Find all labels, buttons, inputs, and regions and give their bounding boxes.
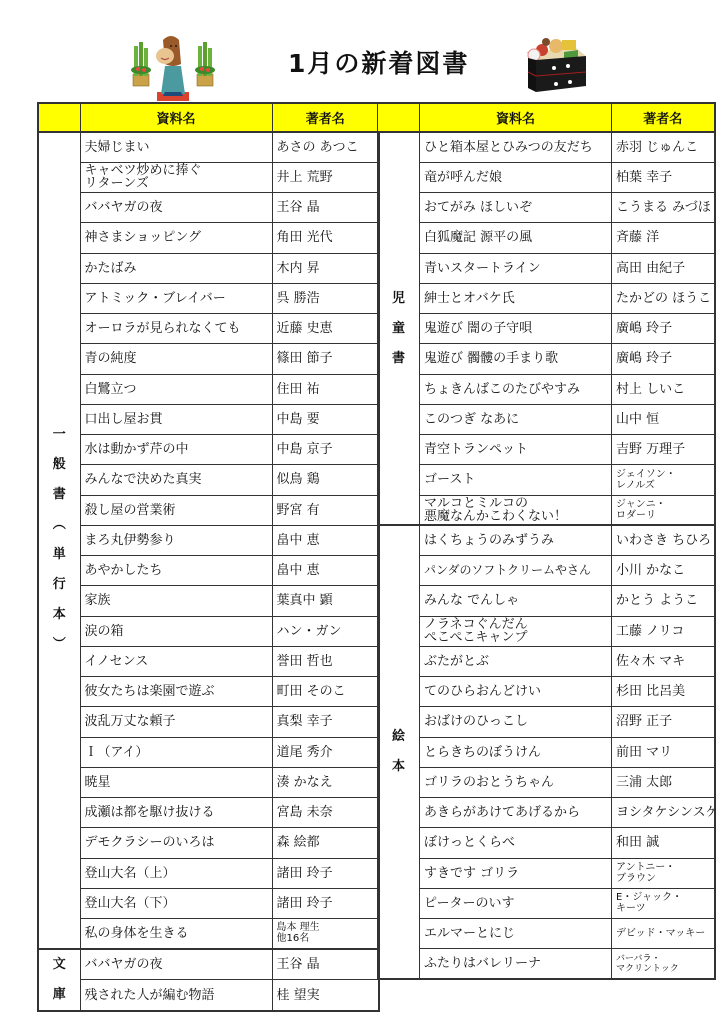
table-row: ぼけっとくらべ和田 誠	[378, 828, 715, 858]
table-row: 青空トランペット吉野 万理子	[378, 435, 715, 465]
table-row: 白狐魔記 源平の風斉藤 洋	[378, 223, 715, 253]
book-author: 杉田 比呂美	[612, 677, 715, 707]
book-title: ババヤガの夜	[80, 949, 272, 980]
table-row: 一般書︵単行本︶夫婦じまいあさの あつこ	[38, 132, 379, 162]
book-author: 村上 しいこ	[612, 374, 715, 404]
table-row: 白鷺立つ住田 祐	[38, 374, 379, 404]
table-row: ピーターのいすE・ジャック・キーツ	[378, 888, 715, 918]
table-row: 口出し屋お貫中島 要	[38, 404, 379, 434]
table-row: 波乱万丈な頼子真梨 幸子	[38, 707, 379, 737]
book-author: 佐々木 マキ	[612, 646, 715, 676]
book-author: 畠中 恵	[272, 556, 379, 586]
table-row: 鬼遊び 闇の子守唄廣嶋 玲子	[378, 314, 715, 344]
osechi-box-illustration	[520, 30, 592, 96]
table-row: すきです ゴリラアントニー・ブラウン	[378, 858, 715, 888]
table-row: 彼女たちは楽園で遊ぶ町田 そのこ	[38, 677, 379, 707]
book-author: 住田 祐	[272, 374, 379, 404]
left-book-table: 資料名 著者名 一般書︵単行本︶夫婦じまいあさの あつこキャベツ炒めに捧ぐリター…	[37, 102, 380, 1012]
book-author: 柏葉 幸子	[612, 162, 715, 192]
book-title: ピーターのいす	[420, 888, 612, 918]
book-author: バーバラ・マクリントック	[612, 949, 715, 979]
book-title: 白鷺立つ	[80, 374, 272, 404]
book-title: 口出し屋お貫	[80, 404, 272, 434]
book-title: ひと箱本屋とひみつの友だち	[420, 132, 612, 162]
table-row: ノラネコぐんだんぺこぺこキャンプ工藤 ノリコ	[378, 616, 715, 646]
book-author: 真梨 幸子	[272, 707, 379, 737]
book-title: ババヤガの夜	[80, 193, 272, 223]
book-author: 桂 望実	[272, 980, 379, 1011]
book-author: こうまる みづほ	[612, 193, 715, 223]
book-author: ジャンニ・ロダーリ	[612, 495, 715, 525]
book-author: 町田 そのこ	[272, 677, 379, 707]
table-row: アトミック・ブレイバー呉 勝浩	[38, 283, 379, 313]
table-row: 水は動かず芹の中中島 京子	[38, 435, 379, 465]
book-title: ぶたがとぶ	[420, 646, 612, 676]
book-title: エルマーとにじ	[420, 919, 612, 949]
book-title: すきです ゴリラ	[420, 858, 612, 888]
book-author: 吉野 万理子	[612, 435, 715, 465]
book-title: 成瀬は都を駆け抜ける	[80, 798, 272, 828]
book-author: 和田 誠	[612, 828, 715, 858]
book-author: 近藤 史恵	[272, 314, 379, 344]
table-row: オーロラが見られなくても近藤 史恵	[38, 314, 379, 344]
book-title: 白狐魔記 源平の風	[420, 223, 612, 253]
book-author: E・ジャック・キーツ	[612, 888, 715, 918]
book-author: 井上 荒野	[272, 162, 379, 192]
table-row: あきらがあけてあげるからヨシタケシンスケ	[378, 798, 715, 828]
category-label-text: 文庫	[51, 950, 67, 1010]
book-title: みんな でんしゃ	[420, 586, 612, 616]
book-title: 紳士とオバケ氏	[420, 283, 612, 313]
book-author: 山中 恒	[612, 404, 715, 434]
table-row: 竜が呼んだ娘柏葉 幸子	[378, 162, 715, 192]
book-title: てのひらおんどけい	[420, 677, 612, 707]
table-row: 家族葉真中 顕	[38, 586, 379, 616]
book-author: 森 絵都	[272, 828, 379, 858]
table-row: 紳士とオバケ氏たかどの ほうこ	[378, 283, 715, 313]
book-author: 似鳥 鶏	[272, 465, 379, 495]
book-author: 誉田 哲也	[272, 646, 379, 676]
book-author: いわさき ちひろ	[612, 525, 715, 555]
book-title: おばけのひっこし	[420, 707, 612, 737]
book-title: このつぎ なあに	[420, 404, 612, 434]
category-header	[378, 103, 420, 132]
book-title: マルコとミルコの悪魔なんかこわくない！	[420, 495, 612, 525]
category-label-text: 一般書︵単行本︶	[51, 420, 67, 660]
author-header: 著者名	[272, 103, 379, 132]
book-title: 殺し屋の営業術	[80, 495, 272, 525]
horse-kadomatsu-illustration	[127, 30, 219, 102]
author-header: 著者名	[612, 103, 715, 132]
book-author: 前田 マリ	[612, 737, 715, 767]
table-row: ゴーストジェイソン・レノルズ	[378, 465, 715, 495]
book-title: 登山大名（上）	[80, 858, 272, 888]
book-title: ちょきんばこのたびやすみ	[420, 374, 612, 404]
book-author: 高田 由紀子	[612, 253, 715, 283]
book-author: 島本 理生他16名	[272, 919, 379, 949]
book-author: 野宮 有	[272, 495, 379, 525]
table-row: 文庫ババヤガの夜王谷 晶	[38, 949, 379, 980]
book-title: まろ丸伊勢参り	[80, 525, 272, 555]
table-row: マルコとミルコの悪魔なんかこわくない！ジャンニ・ロダーリ	[378, 495, 715, 525]
book-title: 神さまショッピング	[80, 223, 272, 253]
table-row: 登山大名（下）諸田 玲子	[38, 888, 379, 918]
table-row: 残された人が編む物語桂 望実	[38, 980, 379, 1011]
book-title: 彼女たちは楽園で遊ぶ	[80, 677, 272, 707]
book-title: みんなで決めた真実	[80, 465, 272, 495]
category-label: 児童書	[378, 132, 420, 525]
kadomatsu-right-icon	[195, 42, 215, 86]
book-author: 廣嶋 玲子	[612, 314, 715, 344]
table-header-row: 資料名 著者名	[38, 103, 379, 132]
book-title: 竜が呼んだ娘	[420, 162, 612, 192]
table-header-row: 資料名 著者名	[378, 103, 715, 132]
kadomatsu-left-icon	[131, 42, 151, 86]
page-title: 1月の新着図書	[288, 44, 469, 80]
book-title: とらきちのぼうけん	[420, 737, 612, 767]
book-author: 王谷 晶	[272, 949, 379, 980]
table-row: とらきちのぼうけん前田 マリ	[378, 737, 715, 767]
book-author: ヨシタケシンスケ	[612, 798, 715, 828]
book-title: デモクラシーのいろは	[80, 828, 272, 858]
table-row: 殺し屋の営業術野宮 有	[38, 495, 379, 525]
book-title: ぼけっとくらべ	[420, 828, 612, 858]
book-title: おてがみ ほしいぞ	[420, 193, 612, 223]
title-header: 資料名	[80, 103, 272, 132]
book-author: かとう ようこ	[612, 586, 715, 616]
table-row: 青いスタートライン高田 由紀子	[378, 253, 715, 283]
book-author: 王谷 晶	[272, 193, 379, 223]
book-title: 青いスタートライン	[420, 253, 612, 283]
book-title: キャベツ炒めに捧ぐリターンズ	[80, 162, 272, 192]
book-author: 畠中 恵	[272, 525, 379, 555]
table-row: ゴリラのおとうちゃん三浦 太郎	[378, 767, 715, 797]
book-author: 赤羽 じゅんこ	[612, 132, 715, 162]
table-row: キャベツ炒めに捧ぐリターンズ井上 荒野	[38, 162, 379, 192]
book-title: 鬼遊び 髑髏の手まり歌	[420, 344, 612, 374]
table-row: てのひらおんどけい杉田 比呂美	[378, 677, 715, 707]
book-title: 家族	[80, 586, 272, 616]
book-author: 木内 昇	[272, 253, 379, 283]
category-label: 絵本	[378, 525, 420, 979]
book-author: 中島 京子	[272, 435, 379, 465]
book-author: たかどの ほうこ	[612, 283, 715, 313]
book-author: 工藤 ノリコ	[612, 616, 715, 646]
table-row: ぶたがとぶ佐々木 マキ	[378, 646, 715, 676]
table-row: 涙の箱ハン・ガン	[38, 616, 379, 646]
book-title: 鬼遊び 闇の子守唄	[420, 314, 612, 344]
table-row: パンダのソフトクリームやさん小川 かなこ	[378, 556, 715, 586]
book-title: 残された人が編む物語	[80, 980, 272, 1011]
table-row: 児童書ひと箱本屋とひみつの友だち赤羽 じゅんこ	[378, 132, 715, 162]
book-title: オーロラが見られなくても	[80, 314, 272, 344]
table-row: まろ丸伊勢参り畠中 恵	[38, 525, 379, 555]
table-row: このつぎ なあに山中 恒	[378, 404, 715, 434]
category-label: 一般書︵単行本︶	[38, 132, 80, 949]
book-author: あさの あつこ	[272, 132, 379, 162]
book-author: 小川 かなこ	[612, 556, 715, 586]
horse-icon	[156, 36, 189, 101]
table-row: ババヤガの夜王谷 晶	[38, 193, 379, 223]
table-row: 暁星湊 かなえ	[38, 767, 379, 797]
book-title: ゴリラのおとうちゃん	[420, 767, 612, 797]
book-title: 私の身体を生きる	[80, 919, 272, 949]
table-row: 絵本はくちょうのみずうみいわさき ちひろ	[378, 525, 715, 555]
book-title: アトミック・ブレイバー	[80, 283, 272, 313]
right-book-table: 資料名 著者名 児童書ひと箱本屋とひみつの友だち赤羽 じゅんこ竜が呼んだ娘柏葉 …	[377, 102, 716, 980]
book-author: 道尾 秀介	[272, 737, 379, 767]
book-author: アントニー・ブラウン	[612, 858, 715, 888]
table-row: みんな でんしゃかとう ようこ	[378, 586, 715, 616]
book-title: あやかしたち	[80, 556, 272, 586]
category-label: 文庫	[38, 949, 80, 1011]
book-author: ジェイソン・レノルズ	[612, 465, 715, 495]
book-title: ゴースト	[420, 465, 612, 495]
table-row: Ｉ（アイ）道尾 秀介	[38, 737, 379, 767]
table-row: 登山大名（上）諸田 玲子	[38, 858, 379, 888]
table-row: 青の純度篠田 節子	[38, 344, 379, 374]
book-author: 諸田 玲子	[272, 888, 379, 918]
book-author: 斉藤 洋	[612, 223, 715, 253]
book-title: 登山大名（下）	[80, 888, 272, 918]
book-title: 青の純度	[80, 344, 272, 374]
book-title: かたばみ	[80, 253, 272, 283]
book-title: 波乱万丈な頼子	[80, 707, 272, 737]
book-author: 廣嶋 玲子	[612, 344, 715, 374]
book-title: ふたりはバレリーナ	[420, 949, 612, 979]
book-title: 涙の箱	[80, 616, 272, 646]
category-label-text: 児童書	[391, 284, 407, 374]
table-row: おてがみ ほしいぞこうまる みづほ	[378, 193, 715, 223]
book-author: デビッド・マッキー	[612, 919, 715, 949]
table-row: エルマーとにじデビッド・マッキー	[378, 919, 715, 949]
table-row: ちょきんばこのたびやすみ村上 しいこ	[378, 374, 715, 404]
book-author: 三浦 太郎	[612, 767, 715, 797]
book-author: 葉真中 顕	[272, 586, 379, 616]
table-row: イノセンス誉田 哲也	[38, 646, 379, 676]
book-author: 篠田 節子	[272, 344, 379, 374]
book-author: 中島 要	[272, 404, 379, 434]
book-title: あきらがあけてあげるから	[420, 798, 612, 828]
table-row: 私の身体を生きる島本 理生他16名	[38, 919, 379, 949]
book-title: Ｉ（アイ）	[80, 737, 272, 767]
book-title: イノセンス	[80, 646, 272, 676]
table-row: 鬼遊び 髑髏の手まり歌廣嶋 玲子	[378, 344, 715, 374]
book-title: パンダのソフトクリームやさん	[420, 556, 612, 586]
title-header: 資料名	[420, 103, 612, 132]
table-row: 成瀬は都を駆け抜ける宮島 未奈	[38, 798, 379, 828]
book-author: 諸田 玲子	[272, 858, 379, 888]
book-title: 暁星	[80, 767, 272, 797]
book-title: はくちょうのみずうみ	[420, 525, 612, 555]
table-row: おばけのひっこし沼野 正子	[378, 707, 715, 737]
table-row: かたばみ木内 昇	[38, 253, 379, 283]
table-row: あやかしたち畠中 恵	[38, 556, 379, 586]
book-title: ノラネコぐんだんぺこぺこキャンプ	[420, 616, 612, 646]
category-label-text: 絵本	[391, 722, 407, 782]
book-author: 呉 勝浩	[272, 283, 379, 313]
book-author: ハン・ガン	[272, 616, 379, 646]
table-row: デモクラシーのいろは森 絵都	[38, 828, 379, 858]
table-row: みんなで決めた真実似鳥 鶏	[38, 465, 379, 495]
book-author: 角田 光代	[272, 223, 379, 253]
book-author: 湊 かなえ	[272, 767, 379, 797]
table-row: ふたりはバレリーナバーバラ・マクリントック	[378, 949, 715, 979]
category-header	[38, 103, 80, 132]
book-title: 青空トランペット	[420, 435, 612, 465]
book-author: 宮島 未奈	[272, 798, 379, 828]
book-title: 夫婦じまい	[80, 132, 272, 162]
book-author: 沼野 正子	[612, 707, 715, 737]
book-title: 水は動かず芹の中	[80, 435, 272, 465]
table-row: 神さまショッピング角田 光代	[38, 223, 379, 253]
